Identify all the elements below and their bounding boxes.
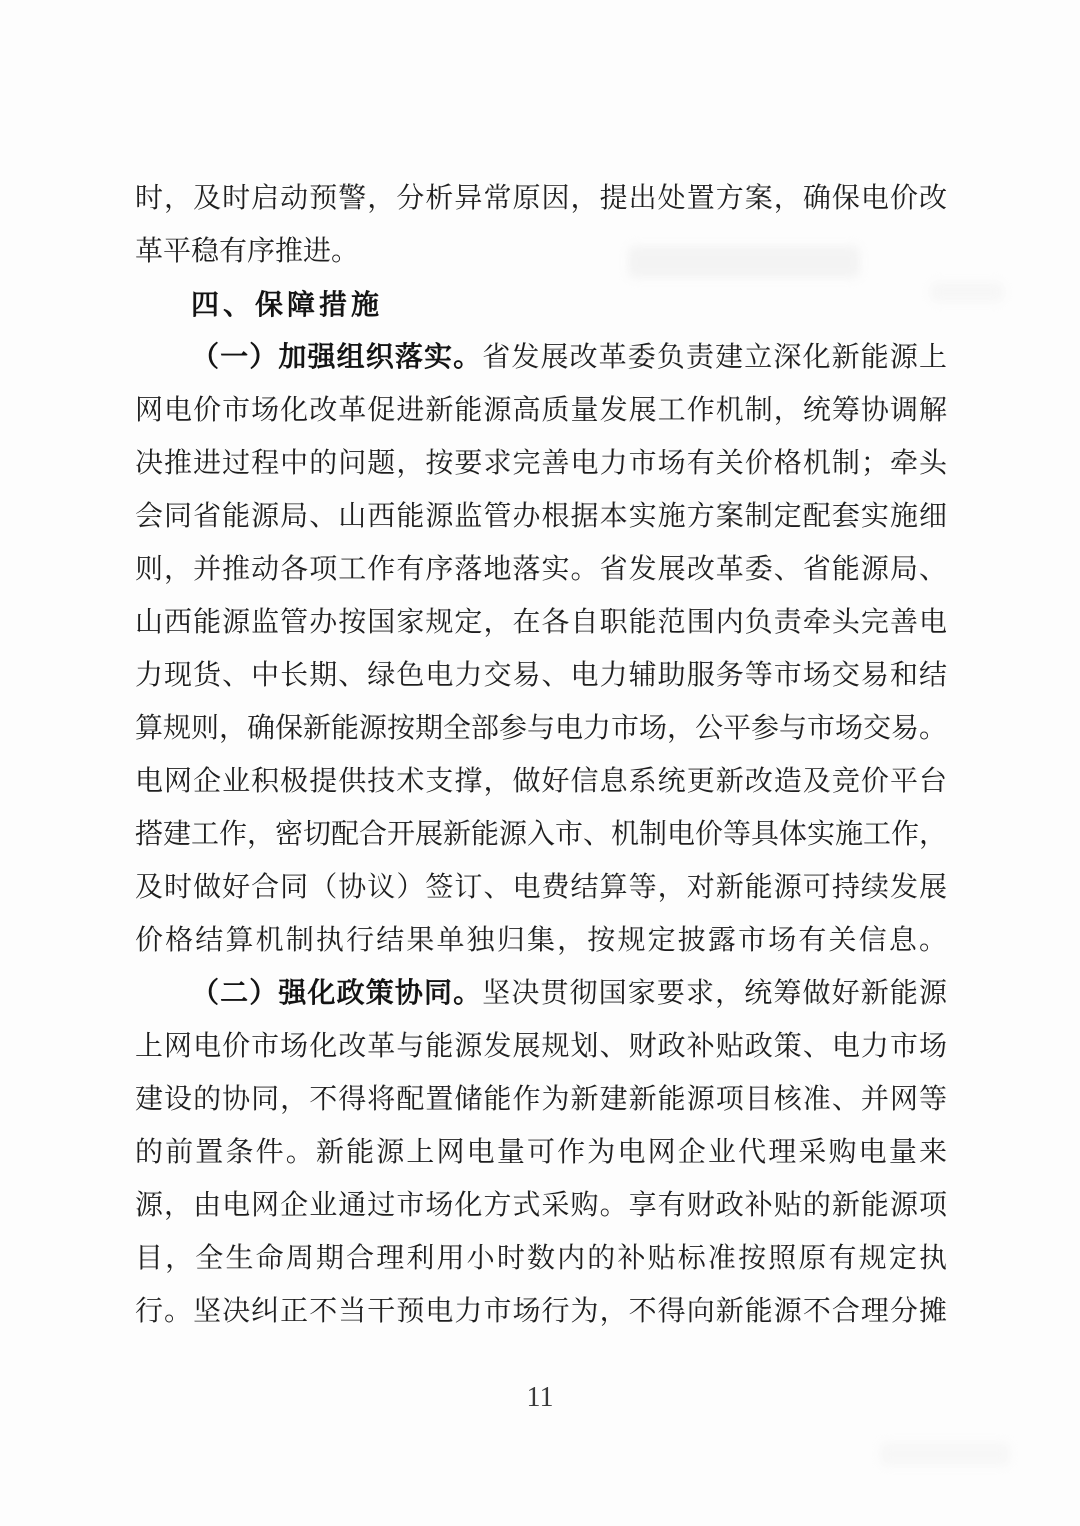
text-line: 时，及时启动预警，分析异常原因，提出处置方案，确保电价改 bbox=[135, 172, 947, 225]
bold-run: （二）强化政策协同。 bbox=[191, 978, 482, 1009]
text-run: 行。坚决纠正不当干预电力市场行为，不得向新能源不合理分摊 bbox=[135, 1296, 947, 1327]
text-line: 目，全生命周期合理利用小时数内的补贴标准按照原有规定执 bbox=[135, 1232, 947, 1285]
text-run: 算规则，确保新能源按期全部参与电力市场，公平参与市场交易。 bbox=[135, 713, 947, 744]
text-line: 决推进过程中的问题，按要求完善电力市场有关价格机制；牵头 bbox=[135, 437, 947, 490]
text-run: 山西能源监管办按国家规定，在各自职能范围内负责牵头完善电 bbox=[135, 607, 947, 638]
text-run: 建设的协同，不得将配置储能作为新建新能源项目核准、并网等 bbox=[135, 1084, 947, 1115]
text-run: 搭建工作，密切配合开展新能源入市、机制电价等具体实施工作， bbox=[135, 819, 947, 850]
text-run: 力现货、中长期、绿色电力交易、电力辅助服务等市场交易和结 bbox=[135, 660, 947, 691]
text-run: 会同省能源局、山西能源监管办根据本实施方案制定配套实施细 bbox=[135, 501, 947, 532]
text-line: 上网电价市场化改革与能源发展规划、财政补贴政策、电力市场 bbox=[135, 1020, 947, 1073]
text-run: 目，全生命周期合理利用小时数内的补贴标准按照原有规定执 bbox=[135, 1243, 947, 1274]
text-run: 电网企业积极提供技术支撑，做好信息系统更新改造及竞价平台 bbox=[135, 766, 947, 797]
text-line: （二）强化政策协同。坚决贯彻国家要求，统筹做好新能源 bbox=[135, 967, 947, 1020]
bleedthrough-mark bbox=[880, 1442, 1010, 1466]
text-run: 省发展改革委负责建立深化新能源上 bbox=[482, 342, 947, 373]
text-line: 建设的协同，不得将配置储能作为新建新能源项目核准、并网等 bbox=[135, 1073, 947, 1126]
text-run: 坚决贯彻国家要求，统筹做好新能源 bbox=[482, 978, 947, 1009]
text-run: 时，及时启动预警，分析异常原因，提出处置方案，确保电价改 bbox=[135, 183, 947, 214]
text-run: 四、保障措施 bbox=[191, 289, 383, 320]
text-line: 行。坚决纠正不当干预电力市场行为，不得向新能源不合理分摊 bbox=[135, 1285, 947, 1338]
text-run: 网电价市场化改革促进新能源高质量发展工作机制，统筹协调解 bbox=[135, 395, 947, 426]
text-run: 则，并推动各项工作有序落地落实。省发展改革委、省能源局、 bbox=[135, 554, 947, 585]
text-run: 的前置条件。新能源上网电量可作为电网企业代理采购电量来 bbox=[135, 1137, 947, 1168]
text-run: 及时做好合同（协议）签订、电费结算等，对新能源可持续发展 bbox=[135, 872, 947, 903]
text-line: 算规则，确保新能源按期全部参与电力市场，公平参与市场交易。 bbox=[135, 702, 947, 755]
text-line: （一）加强组织落实。省发展改革委负责建立深化新能源上 bbox=[135, 331, 947, 384]
text-line: 网电价市场化改革促进新能源高质量发展工作机制，统筹协调解 bbox=[135, 384, 947, 437]
text-line: 山西能源监管办按国家规定，在各自职能范围内负责牵头完善电 bbox=[135, 596, 947, 649]
text-run: 价格结算机制执行结果单独归集，按规定披露市场有关信息。 bbox=[135, 925, 947, 956]
text-line: 电网企业积极提供技术支撑，做好信息系统更新改造及竞价平台 bbox=[135, 755, 947, 808]
document-page: 时，及时启动预警，分析异常原因，提出处置方案，确保电价改革平稳有序推进。四、保障… bbox=[0, 0, 1080, 1526]
text-run: 上网电价市场化改革与能源发展规划、财政补贴政策、电力市场 bbox=[135, 1031, 947, 1062]
text-run: 源，由电网企业通过市场化方式采购。享有财政补贴的新能源项 bbox=[135, 1190, 947, 1221]
text-line: 价格结算机制执行结果单独归集，按规定披露市场有关信息。 bbox=[135, 914, 947, 967]
bold-run: （一）加强组织落实。 bbox=[191, 342, 482, 373]
text-line: 源，由电网企业通过市场化方式采购。享有财政补贴的新能源项 bbox=[135, 1179, 947, 1232]
section-heading: 四、保障措施 bbox=[135, 278, 947, 331]
text-line: 革平稳有序推进。 bbox=[135, 225, 947, 278]
text-line: 则，并推动各项工作有序落地落实。省发展改革委、省能源局、 bbox=[135, 543, 947, 596]
text-line: 的前置条件。新能源上网电量可作为电网企业代理采购电量来 bbox=[135, 1126, 947, 1179]
text-run: 革平稳有序推进。 bbox=[135, 236, 359, 267]
page-number: 11 bbox=[0, 1382, 1080, 1414]
text-line: 及时做好合同（协议）签订、电费结算等，对新能源可持续发展 bbox=[135, 861, 947, 914]
document-body: 时，及时启动预警，分析异常原因，提出处置方案，确保电价改革平稳有序推进。四、保障… bbox=[135, 172, 947, 1338]
text-line: 力现货、中长期、绿色电力交易、电力辅助服务等市场交易和结 bbox=[135, 649, 947, 702]
text-run: 决推进过程中的问题，按要求完善电力市场有关价格机制；牵头 bbox=[135, 448, 947, 479]
text-line: 会同省能源局、山西能源监管办根据本实施方案制定配套实施细 bbox=[135, 490, 947, 543]
text-line: 搭建工作，密切配合开展新能源入市、机制电价等具体实施工作， bbox=[135, 808, 947, 861]
